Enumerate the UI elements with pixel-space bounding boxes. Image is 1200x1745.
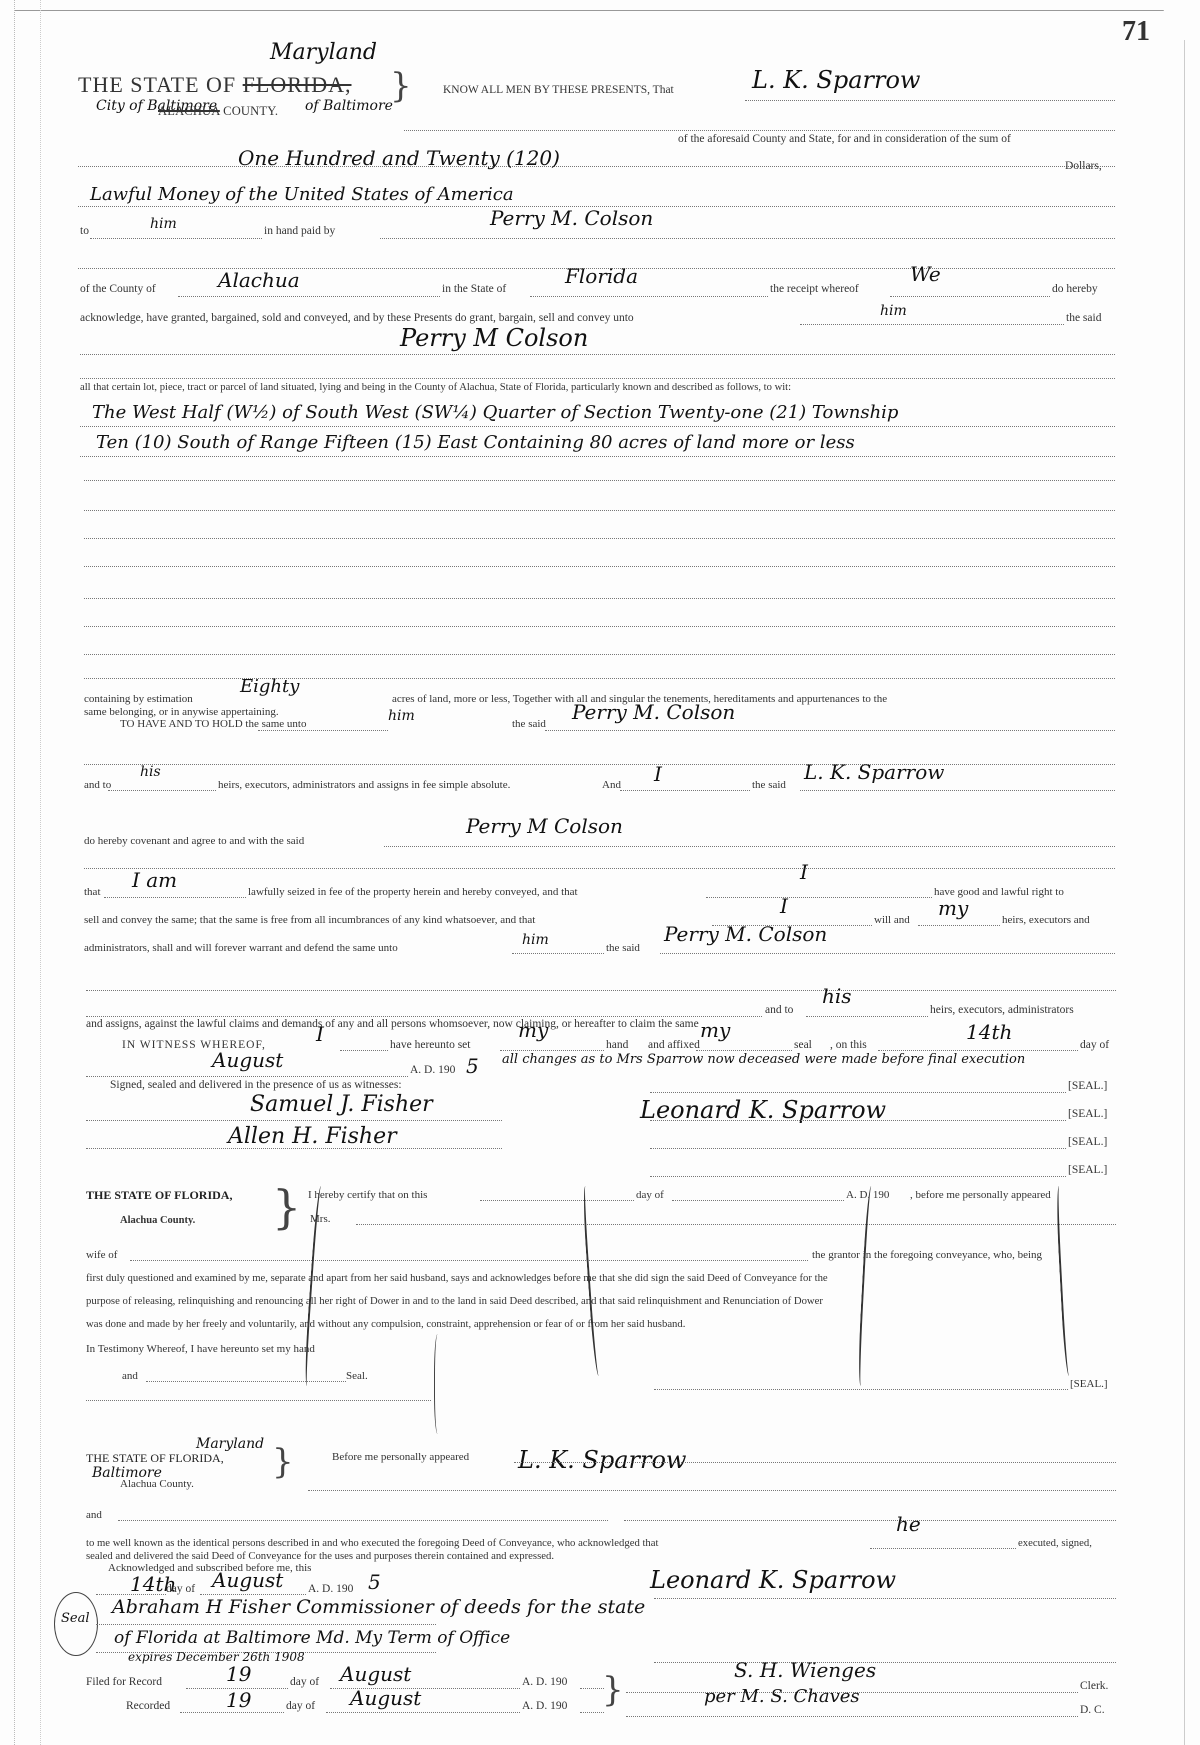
cert-before: , before me personally appeared [910,1189,1051,1201]
testimony-and-label: and [122,1370,138,1382]
rule [356,1224,1116,1225]
rule [84,868,1115,869]
ack-state: THE STATE OF FLORIDA, [86,1451,224,1466]
seal-1: [SEAL.] [1068,1080,1107,1092]
rule [326,1712,520,1713]
brace-icon: } [602,1670,624,1710]
rule [380,238,1115,239]
ack-county: Alachua County. [120,1478,194,1490]
acknowledge-text: acknowledge, have granted, bargained, so… [80,312,634,324]
heirs-and-to-handwritten: his [140,764,161,780]
convey-handwritten: him [880,303,907,319]
brace-icon: } [272,1442,294,1482]
ack-known-text: to me well known as the identical person… [86,1537,659,1549]
rule [108,790,216,791]
rule [84,678,1115,679]
admin-said-label: the said [606,942,640,954]
containing-label: containing by estimation [84,693,193,705]
know-all-men: KNOW ALL MEN BY THESE PRESENTS, That [443,84,674,96]
rule [696,1050,792,1051]
heirs-text: heirs, executors, administrators and ass… [218,779,510,791]
ack-day-of-label: day of [166,1583,195,1595]
brace-icon: } [272,1180,301,1234]
testimony-seal-label: Seal. [346,1370,368,1382]
receipt-label: the receipt whereof [770,283,859,295]
rule [545,730,1115,731]
ack-year-handwritten: 5 [368,1570,381,1594]
recorded-day-of: day of [286,1700,315,1712]
ack-month-handwritten: August [212,1568,283,1592]
rule [86,990,1116,991]
witness-and-to-handwritten: his [822,984,852,1008]
rule [890,296,1050,297]
my-handwritten: my [938,896,968,920]
rule [86,1148,502,1149]
rule [650,1148,1066,1149]
rule [530,296,768,297]
hereunto-label: have hereunto set [390,1039,470,1051]
rule [672,1200,844,1201]
witness-and-to-label: and to [765,1004,793,1016]
recorded-day-handwritten: 19 [226,1688,251,1712]
ack-and-label: and [86,1509,102,1521]
witness-year-handwritten: 5 [466,1054,479,1078]
ack-state-handwritten: Maryland [196,1436,264,1452]
grantor-handwritten: L. K. Sparrow [752,66,920,94]
paid-by-handwritten: Perry M. Colson [490,206,653,230]
brace-icon: } [390,66,412,106]
county-of-label: of the County of [80,283,156,295]
ack-ad-label: A. D. 190 [308,1583,353,1595]
seal-4: [SEAL.] [1068,1164,1107,1176]
cancel-stroke [1055,1186,1075,1376]
rule [745,100,1115,101]
rule [480,1200,634,1201]
hereby-label: do hereby [1052,283,1098,295]
rule [84,510,1115,511]
state-prefix: THE STATE OF [78,72,236,97]
grantee-name-handwritten: Perry M Colson [400,324,588,352]
rule [80,378,1115,379]
rule [580,1712,604,1713]
rule [800,324,1064,325]
rule [200,1594,306,1595]
affixed-label: and affixed [648,1039,700,1051]
rule [104,897,246,898]
clerk-handwritten: S. H. Wienges [734,1658,876,1682]
filed-day-of: day of [290,1676,319,1688]
witness-heirs-label: heirs, executors, administrators [930,1004,1074,1016]
rule [654,1662,1116,1663]
rule [80,354,1115,355]
state-title: THE STATE OF FLORIDA, [78,72,351,98]
rule [258,730,388,731]
rule [512,953,604,954]
to-label: to [80,225,89,237]
set-handwritten: my [518,1018,548,1042]
ack-executed-text: executed, signed, [1018,1537,1092,1549]
cancel-stroke [857,1186,877,1386]
heirs-said-label: the said [752,779,786,791]
land-intro: all that certain lot, piece, tract or pa… [80,382,791,393]
rule [146,1381,346,1382]
cancel-stroke [303,1186,327,1386]
rule [340,1050,388,1051]
sell-text: sell and convey the same; that the same … [84,914,535,926]
ack-signature-handwritten: Leonard K. Sparrow [650,1566,896,1594]
will-label: will and [874,914,910,926]
to-have-grantee-handwritten: Perry M. Colson [572,700,735,724]
rule [130,1260,808,1261]
witness-month-handwritten: August [212,1048,283,1072]
wife-of-label: wife of [86,1249,117,1261]
that2-handwritten: I [800,860,808,884]
ack-he-handwritten: he [896,1512,921,1536]
receipt-handwritten: We [910,262,941,286]
witness2-handwritten: Allen H. Fisher [228,1124,397,1149]
officer-line2-handwritten: of Florida at Baltimore Md. My Term of O… [114,1628,510,1648]
rule [84,654,1115,655]
rule [650,1120,1066,1121]
cert-day-of: day of [636,1189,664,1201]
rule [90,238,262,239]
to-handwritten: him [150,216,177,232]
county-printed-struck: ALACHUA [158,104,220,118]
certify-text: I hereby certify that on this [308,1189,427,1201]
rule [660,953,1115,954]
state-printed-struck: FLORIDA, [243,72,352,97]
to-have-label: TO HAVE AND TO HOLD the same unto [120,718,306,730]
covenant-label: do hereby covenant and agree to and with… [84,835,304,847]
rule [86,1400,431,1401]
rule [624,1520,1116,1521]
rule [654,1598,1116,1599]
to-have-said-label: the said [512,718,546,730]
rule [84,626,1115,627]
recorded-ad: A. D. 190 [522,1700,567,1712]
grantee-county-handwritten: Alachua [218,268,300,292]
seized-text: lawfully seized in fee of the property h… [248,886,578,898]
rule [80,426,1115,427]
hand-label: hand [606,1039,628,1051]
county-line: ALACHUA COUNTY. [158,104,278,119]
page-left-edge [14,0,16,1745]
filed-month-handwritten: August [340,1662,411,1686]
heirs-and-label: And [602,779,621,791]
rule [86,1076,408,1077]
affixed-handwritten: my [700,1018,730,1042]
ack-before-text: Before me personally appeared [332,1451,469,1463]
rule [878,1050,1078,1051]
rule [178,296,440,297]
rule [84,566,1115,567]
acres-handwritten: Eighty [240,676,299,697]
on-this-label: , on this [830,1039,867,1051]
state-of-label: in the State of [442,283,506,295]
will-handwritten: I [780,894,788,918]
notary-seal-stamp: Seal [54,1592,98,1656]
county-label: COUNTY. [223,104,278,118]
page-right-edge [1184,40,1186,1745]
rule [918,925,1000,926]
deed-page: 71 Maryland THE STATE OF FLORIDA, } City… [0,0,1200,1745]
witness-day-handwritten: 14th [966,1020,1012,1044]
rule [96,1594,166,1595]
page-binding-edge [40,0,42,1745]
rule [800,790,1115,791]
rule [870,1548,1016,1549]
page-number: 71 [1122,16,1150,48]
the-said-label: the said [1066,312,1101,324]
wife-cert-county: Alachua County. [120,1215,195,1226]
ack-appeared-handwritten: L. K. Sparrow [518,1446,686,1474]
rule [620,790,750,791]
rule [84,764,1115,765]
recorded-label: Recorded [126,1700,170,1712]
rule [180,1712,284,1713]
rule [84,480,1115,481]
divider-stroke [434,1334,443,1434]
rule [500,1050,604,1051]
rule [84,598,1115,599]
dollars-label: Dollars, [1065,160,1102,172]
county-handwritten: of Baltimore [305,98,393,114]
rule [654,1389,1068,1390]
whereof-handwritten: I [316,1022,324,1046]
rule [706,897,932,898]
day-of-label: day of [1080,1039,1109,1051]
land-description-line2: Ten (10) South of Range Fifteen (15) Eas… [96,432,855,453]
ack-sealed-text: sealed and delivered the said Deed of Co… [86,1550,554,1562]
rule [580,1688,604,1689]
state-handwritten: Maryland [270,40,377,65]
changes-note-handwritten: all changes as to Mrs Sparrow now deceas… [502,1052,1025,1067]
paid-by-label: in hand paid by [264,225,335,237]
seal-stamp-text: Seal [61,1611,90,1626]
rule [384,846,1115,847]
unto-handwritten: him [522,932,549,948]
filed-ad: A. D. 190 [522,1676,567,1688]
heirs-grantor-handwritten: L. K. Sparrow [804,760,944,784]
rule [86,1016,762,1017]
land-description-line1: The West Half (W½) of South West (SW¼) Q… [92,402,898,423]
that-handwritten: I am [132,868,177,892]
rule [78,166,1115,167]
amount-handwritten: One Hundred and Twenty (120) [238,146,560,170]
wife-cert-state: THE STATE OF FLORIDA, [86,1188,232,1203]
testimony-text: In Testimony Whereof, I have hereunto se… [86,1343,315,1355]
that-label: that [84,886,101,898]
signed-text: Signed, sealed and delivered in the pres… [110,1079,402,1091]
rule [806,1016,928,1017]
rule [514,1462,1116,1463]
cert-line1: first duly questioned and examined by me… [86,1272,828,1284]
rule [86,1120,502,1121]
deputy-handwritten: per M. S. Chaves [704,1686,860,1707]
rule [80,456,1115,457]
assigns-text: and assigns, against the lawful claims a… [86,1018,699,1030]
wife-seal: [SEAL.] [1070,1378,1108,1390]
currency-handwritten: Lawful Money of the United States of Ame… [90,184,514,205]
cert-line2: purpose of releasing, relinquishing and … [86,1295,823,1307]
heirs-and-handwritten: I [654,762,662,786]
witness1-handwritten: Samuel J. Fisher [250,1092,433,1117]
seal-label: seal [794,1039,812,1051]
rule [84,538,1115,539]
admin-text: administrators, shall and will forever w… [84,942,398,954]
covenant-grantee-handwritten: Perry M Colson [466,814,623,838]
same-belonging: same belonging, or in anywise appertaini… [84,706,279,718]
seal-2: [SEAL.] [1068,1108,1107,1120]
recorded-month-handwritten: August [350,1686,421,1710]
rule [650,1176,1066,1177]
witness-ad-label: A. D. 190 [410,1064,455,1076]
rule [626,1716,1078,1717]
to-have-handwritten: him [388,708,415,724]
rule [96,1624,436,1625]
officer-line1-handwritten: Abraham H Fisher Commissioner of deeds f… [112,1596,645,1618]
rule [650,1092,1066,1093]
seal-3: [SEAL.] [1068,1136,1107,1148]
admin-grantee-handwritten: Perry M. Colson [664,922,827,946]
rule [308,1490,1116,1491]
filed-day-handwritten: 19 [226,1662,251,1686]
grantor-text: the grantor in the foregoing conveyance,… [812,1249,1042,1261]
filed-label: Filed for Record [86,1676,162,1688]
heirs-exec-label: heirs, executors and [1002,914,1090,926]
clerk-label: Clerk. [1080,1680,1108,1692]
consideration-text: of the aforesaid County and State, for a… [678,133,1011,145]
deputy-label: D. C. [1080,1704,1105,1716]
officer-line3-handwritten: expires December 26th 1908 [128,1650,305,1664]
rule [118,1520,608,1521]
rule [404,130,1115,131]
grantee-state-handwritten: Florida [565,264,638,288]
page-top-edge [14,10,1164,11]
